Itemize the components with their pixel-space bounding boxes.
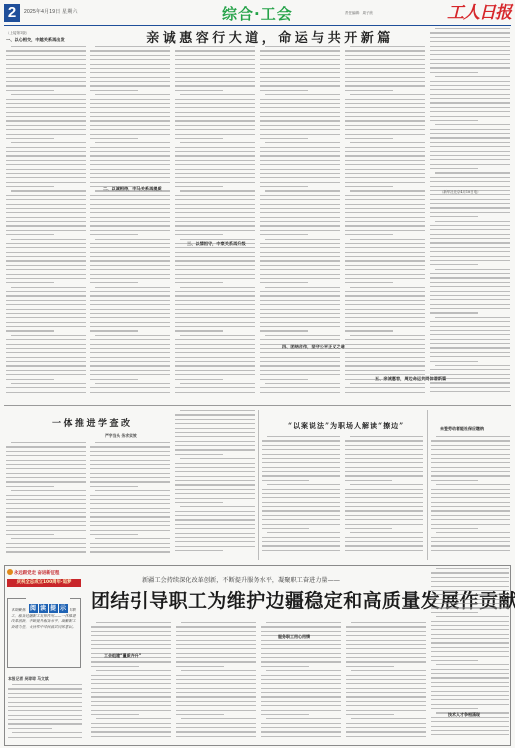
feature-column-4 — [261, 622, 341, 742]
text-line — [175, 247, 255, 248]
column-divider — [427, 410, 428, 560]
text-line — [345, 489, 423, 490]
text-line — [345, 497, 423, 498]
text-line — [90, 534, 138, 535]
text-line — [345, 151, 425, 152]
text-line — [175, 81, 255, 82]
text-line — [6, 138, 54, 139]
text-line — [436, 484, 510, 485]
text-line — [430, 299, 510, 300]
text-line — [175, 533, 255, 534]
text-line — [350, 335, 425, 336]
text-line — [262, 519, 340, 520]
text-line — [91, 683, 171, 684]
text-line — [90, 344, 170, 345]
text-line — [346, 631, 426, 632]
story-title-3: 未签劳动者能社保应缴纳 — [440, 426, 484, 432]
text-line — [11, 287, 86, 288]
text-line — [431, 734, 509, 735]
text-line — [430, 46, 510, 47]
text-line — [90, 339, 170, 340]
text-line — [345, 462, 423, 463]
header-rule — [4, 25, 511, 26]
text-line — [260, 361, 340, 362]
text-line — [91, 723, 171, 724]
text-line — [90, 134, 170, 135]
text-line — [260, 274, 340, 275]
text-line — [175, 357, 255, 358]
text-line — [345, 77, 425, 78]
text-line — [90, 543, 170, 544]
text-line — [260, 374, 340, 375]
text-line — [345, 304, 425, 305]
text-line — [436, 568, 509, 569]
text-line — [6, 177, 86, 178]
text-line — [430, 286, 510, 287]
text-line — [175, 392, 255, 393]
text-line — [260, 365, 340, 366]
text-line — [175, 107, 255, 108]
text-line — [8, 702, 82, 703]
text-line — [6, 274, 86, 275]
text-line — [262, 471, 340, 472]
text-line — [345, 326, 425, 327]
text-line — [175, 480, 255, 481]
text-line — [175, 370, 255, 371]
text-line — [6, 72, 86, 73]
text-line — [180, 506, 255, 507]
text-line — [260, 339, 340, 340]
text-line — [261, 705, 341, 706]
text-line — [346, 692, 426, 693]
text-line — [6, 508, 86, 509]
text-line — [90, 99, 170, 100]
text-line — [431, 537, 510, 538]
text-line — [431, 550, 510, 551]
feature-subhead-3: 技术人才争相涌现 — [448, 712, 480, 718]
section-title: 综合·工会 — [222, 5, 293, 23]
text-line — [176, 644, 256, 645]
text-line — [91, 710, 171, 711]
text-line — [90, 291, 170, 292]
text-line — [345, 173, 425, 174]
text-line — [175, 204, 255, 205]
text-line — [430, 203, 510, 204]
text-line — [265, 335, 340, 336]
emblem-icon — [7, 569, 13, 575]
text-line — [345, 217, 425, 218]
text-line — [175, 59, 255, 60]
text-line — [260, 379, 308, 380]
text-line — [6, 365, 86, 366]
text-line — [6, 370, 86, 371]
text-line — [431, 629, 509, 630]
text-line — [90, 103, 170, 104]
text-line — [91, 661, 171, 662]
text-line — [91, 731, 171, 732]
text-line — [90, 455, 170, 456]
text-line — [260, 151, 340, 152]
text-line — [91, 648, 171, 649]
text-line — [8, 728, 52, 729]
text-line — [175, 256, 255, 257]
text-line — [6, 208, 86, 209]
text-line — [176, 675, 256, 676]
text-line — [6, 120, 86, 121]
text-line — [6, 512, 86, 513]
text-line — [345, 510, 423, 511]
text-line — [11, 442, 86, 443]
text-line — [175, 498, 255, 499]
text-line — [6, 473, 86, 474]
text-line — [345, 519, 423, 520]
text-line — [265, 239, 340, 240]
section-divider — [4, 405, 511, 406]
text-line — [345, 147, 425, 148]
story2-column-1 — [262, 436, 340, 558]
text-line — [266, 622, 341, 623]
text-line — [262, 440, 340, 441]
text-line — [175, 493, 255, 494]
text-line — [350, 94, 425, 95]
text-line — [176, 705, 256, 706]
text-line — [260, 99, 340, 100]
text-line — [260, 278, 340, 279]
text-line — [90, 68, 170, 69]
text-line — [345, 365, 425, 366]
text-line — [90, 160, 170, 161]
text-line — [175, 269, 255, 270]
text-line — [431, 677, 509, 678]
text-line — [267, 436, 340, 437]
text-line — [345, 282, 393, 283]
text-line — [431, 545, 510, 546]
text-line — [430, 361, 478, 362]
text-line — [346, 705, 426, 706]
text-line — [431, 489, 510, 490]
text-line — [430, 94, 510, 95]
text-line — [96, 622, 171, 623]
text-line — [346, 679, 426, 680]
text-line — [175, 387, 255, 388]
text-line — [90, 481, 170, 482]
text-line — [345, 99, 425, 100]
text-line — [345, 59, 425, 60]
text-line — [430, 282, 510, 283]
text-line — [431, 497, 510, 498]
text-line — [90, 387, 170, 388]
text-line — [180, 142, 255, 143]
text-line — [260, 243, 340, 244]
text-line — [90, 173, 170, 174]
text-line — [260, 204, 340, 205]
text-line — [260, 169, 340, 170]
text-line — [431, 454, 510, 455]
text-line — [260, 330, 308, 331]
text-line — [345, 247, 425, 248]
text-line — [175, 515, 255, 516]
text-line — [6, 455, 86, 456]
text-line — [91, 714, 139, 715]
text-line — [175, 147, 255, 148]
text-line — [6, 50, 86, 51]
text-line — [265, 383, 340, 384]
text-line — [90, 512, 170, 513]
text-line — [431, 603, 509, 604]
text-line — [175, 173, 255, 174]
text-line — [176, 727, 256, 728]
text-line — [430, 168, 478, 169]
text-line — [260, 344, 340, 345]
text-line — [175, 85, 255, 86]
text-line — [90, 486, 138, 487]
text-line — [266, 670, 341, 671]
text-line — [261, 648, 341, 649]
text-line — [11, 383, 86, 384]
text-line — [6, 221, 86, 222]
text-line — [180, 383, 255, 384]
text-line — [262, 458, 340, 459]
text-line — [430, 146, 510, 147]
text-line — [175, 282, 223, 283]
lead-column-1 — [6, 46, 86, 398]
text-line — [345, 291, 425, 292]
masthead: 2 2025年4月19日 星期六 综合·工会 责任编辑：周子欣 工人日报 — [0, 0, 515, 28]
text-line — [431, 524, 510, 525]
text-line — [430, 378, 510, 379]
text-line — [346, 648, 426, 649]
text-line — [260, 300, 340, 301]
text-line — [175, 484, 255, 485]
text-line — [175, 234, 223, 235]
text-line — [260, 387, 340, 388]
text-line — [430, 164, 510, 165]
text-line — [430, 37, 510, 38]
text-line — [175, 151, 255, 152]
text-line — [430, 98, 510, 99]
text-line — [180, 335, 255, 336]
text-line — [8, 693, 82, 694]
text-line — [345, 55, 425, 56]
text-line — [345, 458, 423, 459]
text-line — [12, 684, 82, 685]
text-line — [176, 635, 256, 636]
text-line — [6, 64, 86, 65]
text-line — [430, 133, 510, 134]
text-line — [90, 525, 170, 526]
text-line — [345, 107, 425, 108]
text-line — [176, 666, 224, 667]
text-line — [175, 502, 223, 503]
text-line — [431, 625, 509, 626]
text-line — [6, 243, 86, 244]
text-line — [345, 274, 425, 275]
text-line — [90, 495, 170, 496]
text-line — [8, 706, 82, 707]
text-line — [90, 468, 170, 469]
text-line — [90, 508, 170, 509]
text-line — [430, 264, 478, 265]
text-line — [430, 137, 510, 138]
text-line — [6, 547, 86, 548]
text-line — [260, 313, 340, 314]
text-line — [90, 477, 170, 478]
text-line — [175, 225, 255, 226]
text-line — [261, 736, 341, 737]
text-line — [431, 634, 509, 635]
text-line — [345, 357, 425, 358]
text-line — [6, 503, 86, 504]
text-line — [6, 326, 86, 327]
text-line — [6, 460, 86, 461]
text-line — [6, 313, 86, 314]
text-line — [180, 410, 255, 411]
text-line — [90, 199, 170, 200]
text-line — [345, 72, 425, 73]
text-line — [6, 477, 86, 478]
text-line — [90, 357, 170, 358]
text-line — [260, 269, 340, 270]
text-line — [175, 164, 255, 165]
text-line — [430, 102, 510, 103]
feature-column-3 — [176, 622, 256, 742]
text-line — [261, 644, 341, 645]
text-line — [90, 348, 170, 349]
text-line — [431, 449, 510, 450]
text-line — [90, 256, 170, 257]
text-line — [175, 243, 255, 244]
text-line — [175, 445, 255, 446]
text-line — [260, 186, 308, 187]
text-line — [90, 446, 170, 447]
text-line — [431, 704, 509, 705]
text-line — [90, 116, 170, 117]
text-line — [90, 300, 170, 301]
text-line — [431, 519, 510, 520]
text-line — [90, 374, 170, 375]
text-line — [6, 116, 86, 117]
promo-line-1: 永远跟党走 奋进新征程 — [14, 571, 59, 576]
text-line — [345, 134, 425, 135]
text-line — [6, 129, 86, 130]
text-line — [175, 414, 255, 415]
text-line — [435, 365, 510, 366]
text-line — [175, 103, 255, 104]
text-line — [350, 287, 425, 288]
text-line — [6, 125, 86, 126]
newspaper-page: 2 2025年4月19日 星期六 综合·工会 责任编辑：周子欣 工人日报 （上接… — [0, 0, 515, 748]
text-line — [346, 688, 426, 689]
reading-hint-char: 示 — [59, 604, 68, 613]
text-line — [6, 99, 86, 100]
story1-column-2 — [90, 442, 170, 558]
text-line — [176, 701, 256, 702]
text-line — [345, 50, 425, 51]
text-line — [345, 339, 425, 340]
text-line — [91, 675, 171, 676]
promo-line-2: 庆祝全总成立100周年·追梦 — [7, 579, 81, 587]
text-line — [435, 269, 510, 270]
text-line — [176, 679, 256, 680]
text-line — [430, 229, 510, 230]
text-line — [261, 657, 341, 658]
text-line — [345, 537, 423, 538]
text-line — [260, 322, 340, 323]
text-line — [430, 151, 510, 152]
text-line — [430, 260, 510, 261]
text-line — [90, 464, 170, 465]
text-line — [346, 640, 426, 641]
text-line — [430, 251, 510, 252]
text-line — [90, 234, 138, 235]
text-line — [6, 499, 86, 500]
text-line — [431, 480, 478, 481]
text-line — [176, 731, 256, 732]
text-line — [6, 68, 86, 69]
text-line — [436, 664, 509, 665]
text-line — [175, 379, 223, 380]
text-line — [260, 234, 308, 235]
text-line — [430, 129, 510, 130]
text-line — [6, 486, 54, 487]
text-line — [90, 125, 170, 126]
text-line — [431, 515, 510, 516]
text-line — [8, 719, 82, 720]
text-line — [345, 129, 425, 130]
text-line — [6, 481, 86, 482]
text-line — [6, 182, 86, 183]
text-line — [6, 269, 86, 270]
text-line — [90, 212, 170, 213]
text-line — [90, 313, 170, 314]
text-line — [6, 199, 86, 200]
text-line — [260, 164, 340, 165]
text-line — [345, 387, 425, 388]
text-line — [90, 243, 170, 244]
text-line — [6, 151, 86, 152]
text-line — [435, 76, 510, 77]
text-line — [90, 274, 170, 275]
text-line — [90, 230, 170, 231]
text-line — [175, 138, 223, 139]
text-line — [90, 309, 170, 310]
text-line — [431, 691, 509, 692]
text-line — [260, 81, 340, 82]
text-line — [90, 64, 170, 65]
text-line — [345, 454, 423, 455]
text-line — [261, 688, 341, 689]
text-line — [351, 718, 426, 719]
text-line — [430, 295, 510, 296]
text-line — [6, 59, 86, 60]
text-line — [265, 142, 340, 143]
text-line — [430, 159, 510, 160]
text-line — [175, 546, 255, 547]
text-line — [260, 326, 340, 327]
text-line — [261, 710, 341, 711]
text-line — [6, 304, 86, 305]
text-line — [90, 295, 170, 296]
text-line — [345, 317, 425, 318]
text-line — [90, 551, 170, 552]
text-line — [260, 59, 340, 60]
text-line — [90, 322, 170, 323]
text-line — [175, 467, 255, 468]
text-line — [435, 28, 510, 29]
text-line — [11, 239, 86, 240]
text-line — [346, 657, 426, 658]
text-line — [431, 673, 509, 674]
